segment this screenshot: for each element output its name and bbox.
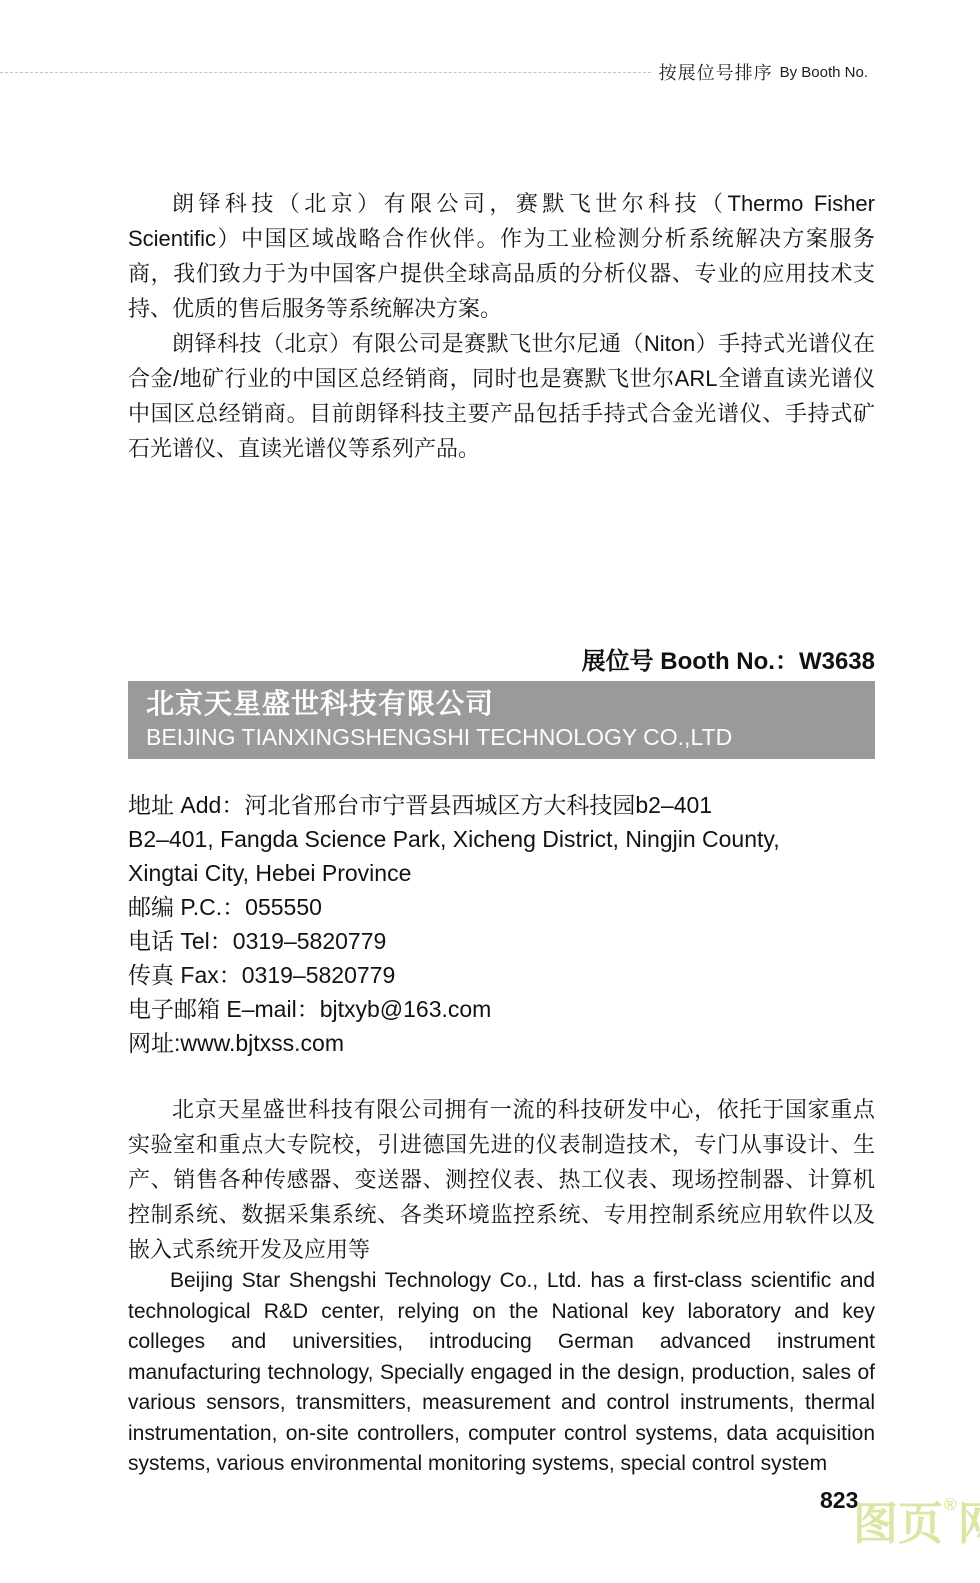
header-sort-label-en: By Booth No. [780,64,868,81]
company-name-en: BEIJING TIANXINGSHENGSHI TECHNOLOGY CO.,… [146,722,875,752]
watermark-text-left: 图页 [853,1498,943,1550]
contact-address-zh: 地址 Add：河北省邢台市宁晋县西城区方大科技园b2–401 [128,788,875,822]
booth-number-line: 展位号 Booth No.：W3638 [128,641,875,676]
directory-page: 按展位号排序 By Booth No. 朗铎科技（北京）有限公司，赛默飞世尔科技… [0,0,980,1583]
intro-paragraph-1: 朗铎科技（北京）有限公司，赛默飞世尔科技（Thermo Fisher Scien… [128,186,875,326]
contact-telephone: 电话 Tel：0319–5820779 [128,924,875,958]
page-header: 按展位号排序 By Booth No. [0,60,868,84]
company-description-zh: 北京天星盛世科技有限公司拥有一流的科技研发中心，依托于国家重点实验室和重点大专院… [128,1092,875,1267]
contact-address-en-line1: B2–401, Fangda Science Park, Xicheng Dis… [128,822,875,856]
company-description-en: Beijing Star Shengshi Technology Co., Lt… [128,1266,875,1480]
contact-email: 电子邮箱 E–mail：bjtxyb@163.com [128,992,875,1026]
contact-postal-code: 邮编 P.C.：055550 [128,890,875,924]
watermark-text-right: 网 [958,1498,980,1550]
booth-number-value: W3638 [799,648,875,675]
booth-number-label: 展位号 Booth No.： [582,648,799,675]
contact-block: 地址 Add：河北省邢台市宁晋县西城区方大科技园b2–401 B2–401, F… [128,788,875,1060]
intro-paragraphs: 朗铎科技（北京）有限公司，赛默飞世尔科技（Thermo Fisher Scien… [128,186,875,466]
intro-paragraph-2: 朗铎科技（北京）有限公司是赛默飞世尔尼通（Niton）手持式光谱仪在合金/地矿行… [128,326,875,466]
company-name-zh: 北京天星盛世科技有限公司 [146,686,875,722]
registered-trademark-icon: ® [944,1496,957,1513]
contact-website: 网址:www.bjtxss.com [128,1026,875,1060]
company-banner: 北京天星盛世科技有限公司 BEIJING TIANXINGSHENGSHI TE… [128,681,875,759]
header-dotted-rule [0,72,651,73]
header-sort-label-zh: 按展位号排序 [659,59,773,85]
contact-address-en-line2: Xingtai City, Hebei Province [128,856,875,890]
contact-fax: 传真 Fax：0319–5820779 [128,958,875,992]
watermark-logo: 图页 ® 网 [853,1498,980,1550]
